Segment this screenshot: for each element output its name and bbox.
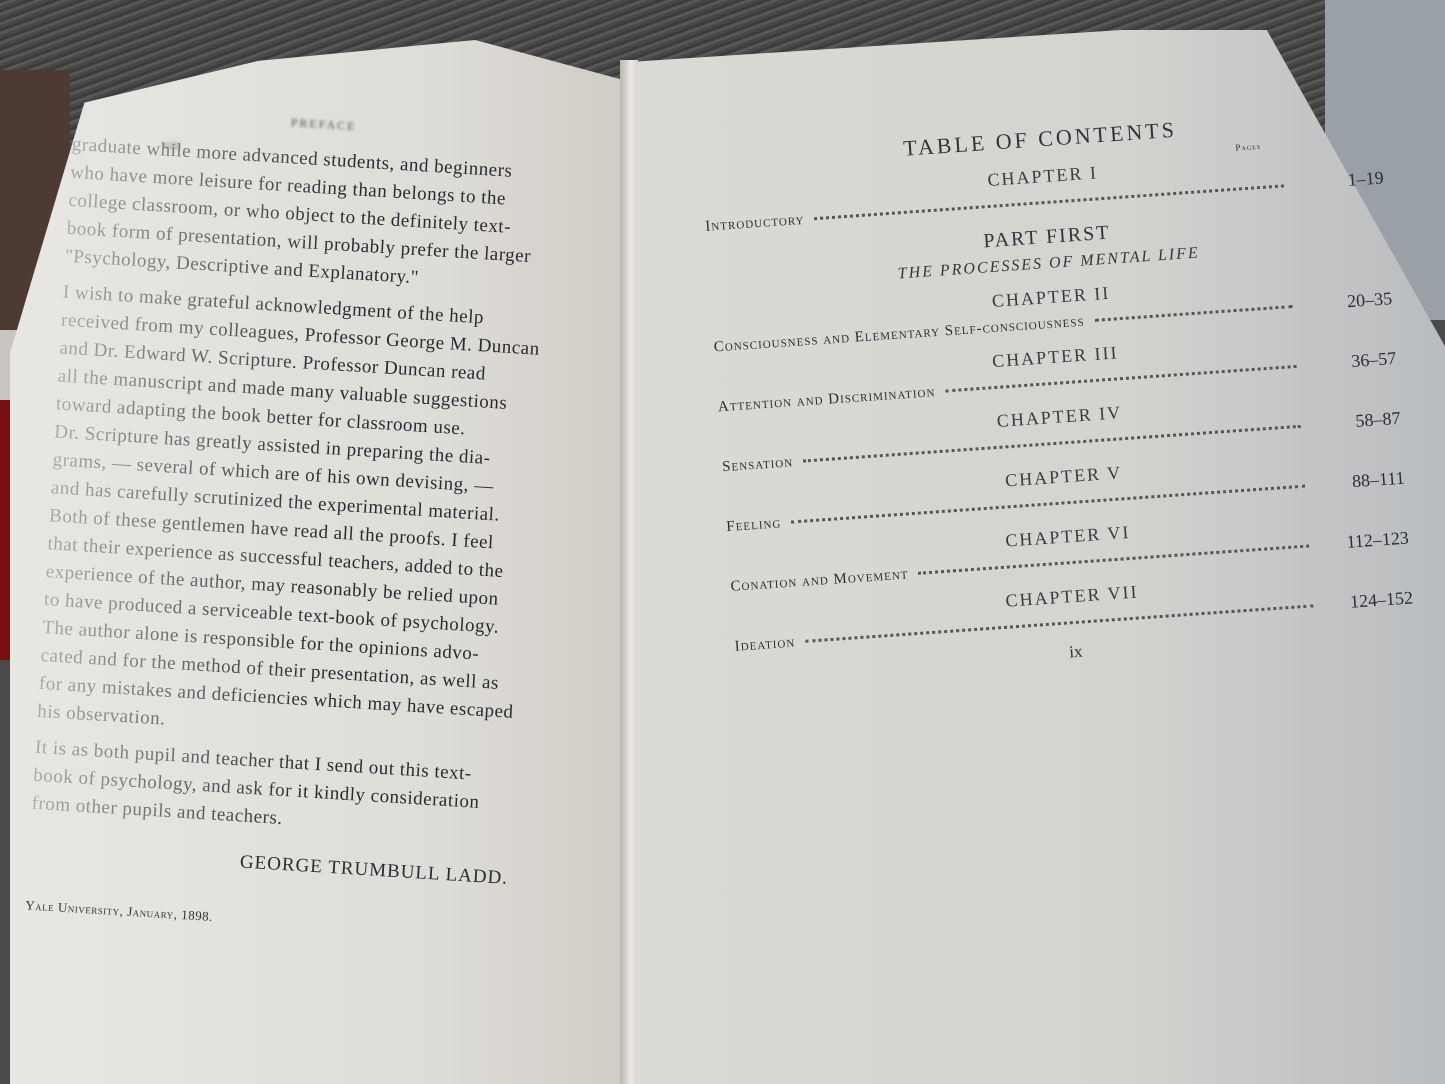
entry-pages: 112–123 bbox=[1318, 528, 1409, 555]
entry-pages: 124–152 bbox=[1322, 587, 1413, 614]
entry-title: Ideation bbox=[734, 635, 796, 656]
entry-pages: 36–57 bbox=[1306, 348, 1397, 375]
entry-pages: 88–111 bbox=[1314, 468, 1405, 495]
preface-paragraph-2: I wish to make grateful acknowledgment o… bbox=[36, 279, 562, 757]
entry-title: Sensation bbox=[722, 454, 794, 476]
entry-pages: 20–35 bbox=[1302, 288, 1393, 315]
entry-title: Conation and Movement bbox=[730, 567, 909, 596]
entry-title: Introductory bbox=[705, 212, 805, 236]
entry-pages: 1–19 bbox=[1293, 167, 1384, 194]
table-of-contents: TABLE OF CONTENTS Pages CHAPTER I Introd… bbox=[700, 103, 1416, 686]
preface-paragraph-1: graduate while more advanced students, a… bbox=[64, 131, 572, 301]
pages-column-label: Pages bbox=[1235, 141, 1261, 153]
page-number: viii bbox=[161, 130, 181, 159]
entry-title: Feeling bbox=[726, 515, 782, 536]
preface-text: PREFACE viii graduate while more advance… bbox=[25, 95, 574, 950]
dot-leader bbox=[1094, 305, 1292, 322]
author-signature: GEORGE TRUMBULL LADD. bbox=[28, 836, 529, 894]
book-photo: PREFACE viii graduate while more advance… bbox=[0, 0, 1445, 1084]
entry-pages: 58–87 bbox=[1310, 408, 1401, 435]
